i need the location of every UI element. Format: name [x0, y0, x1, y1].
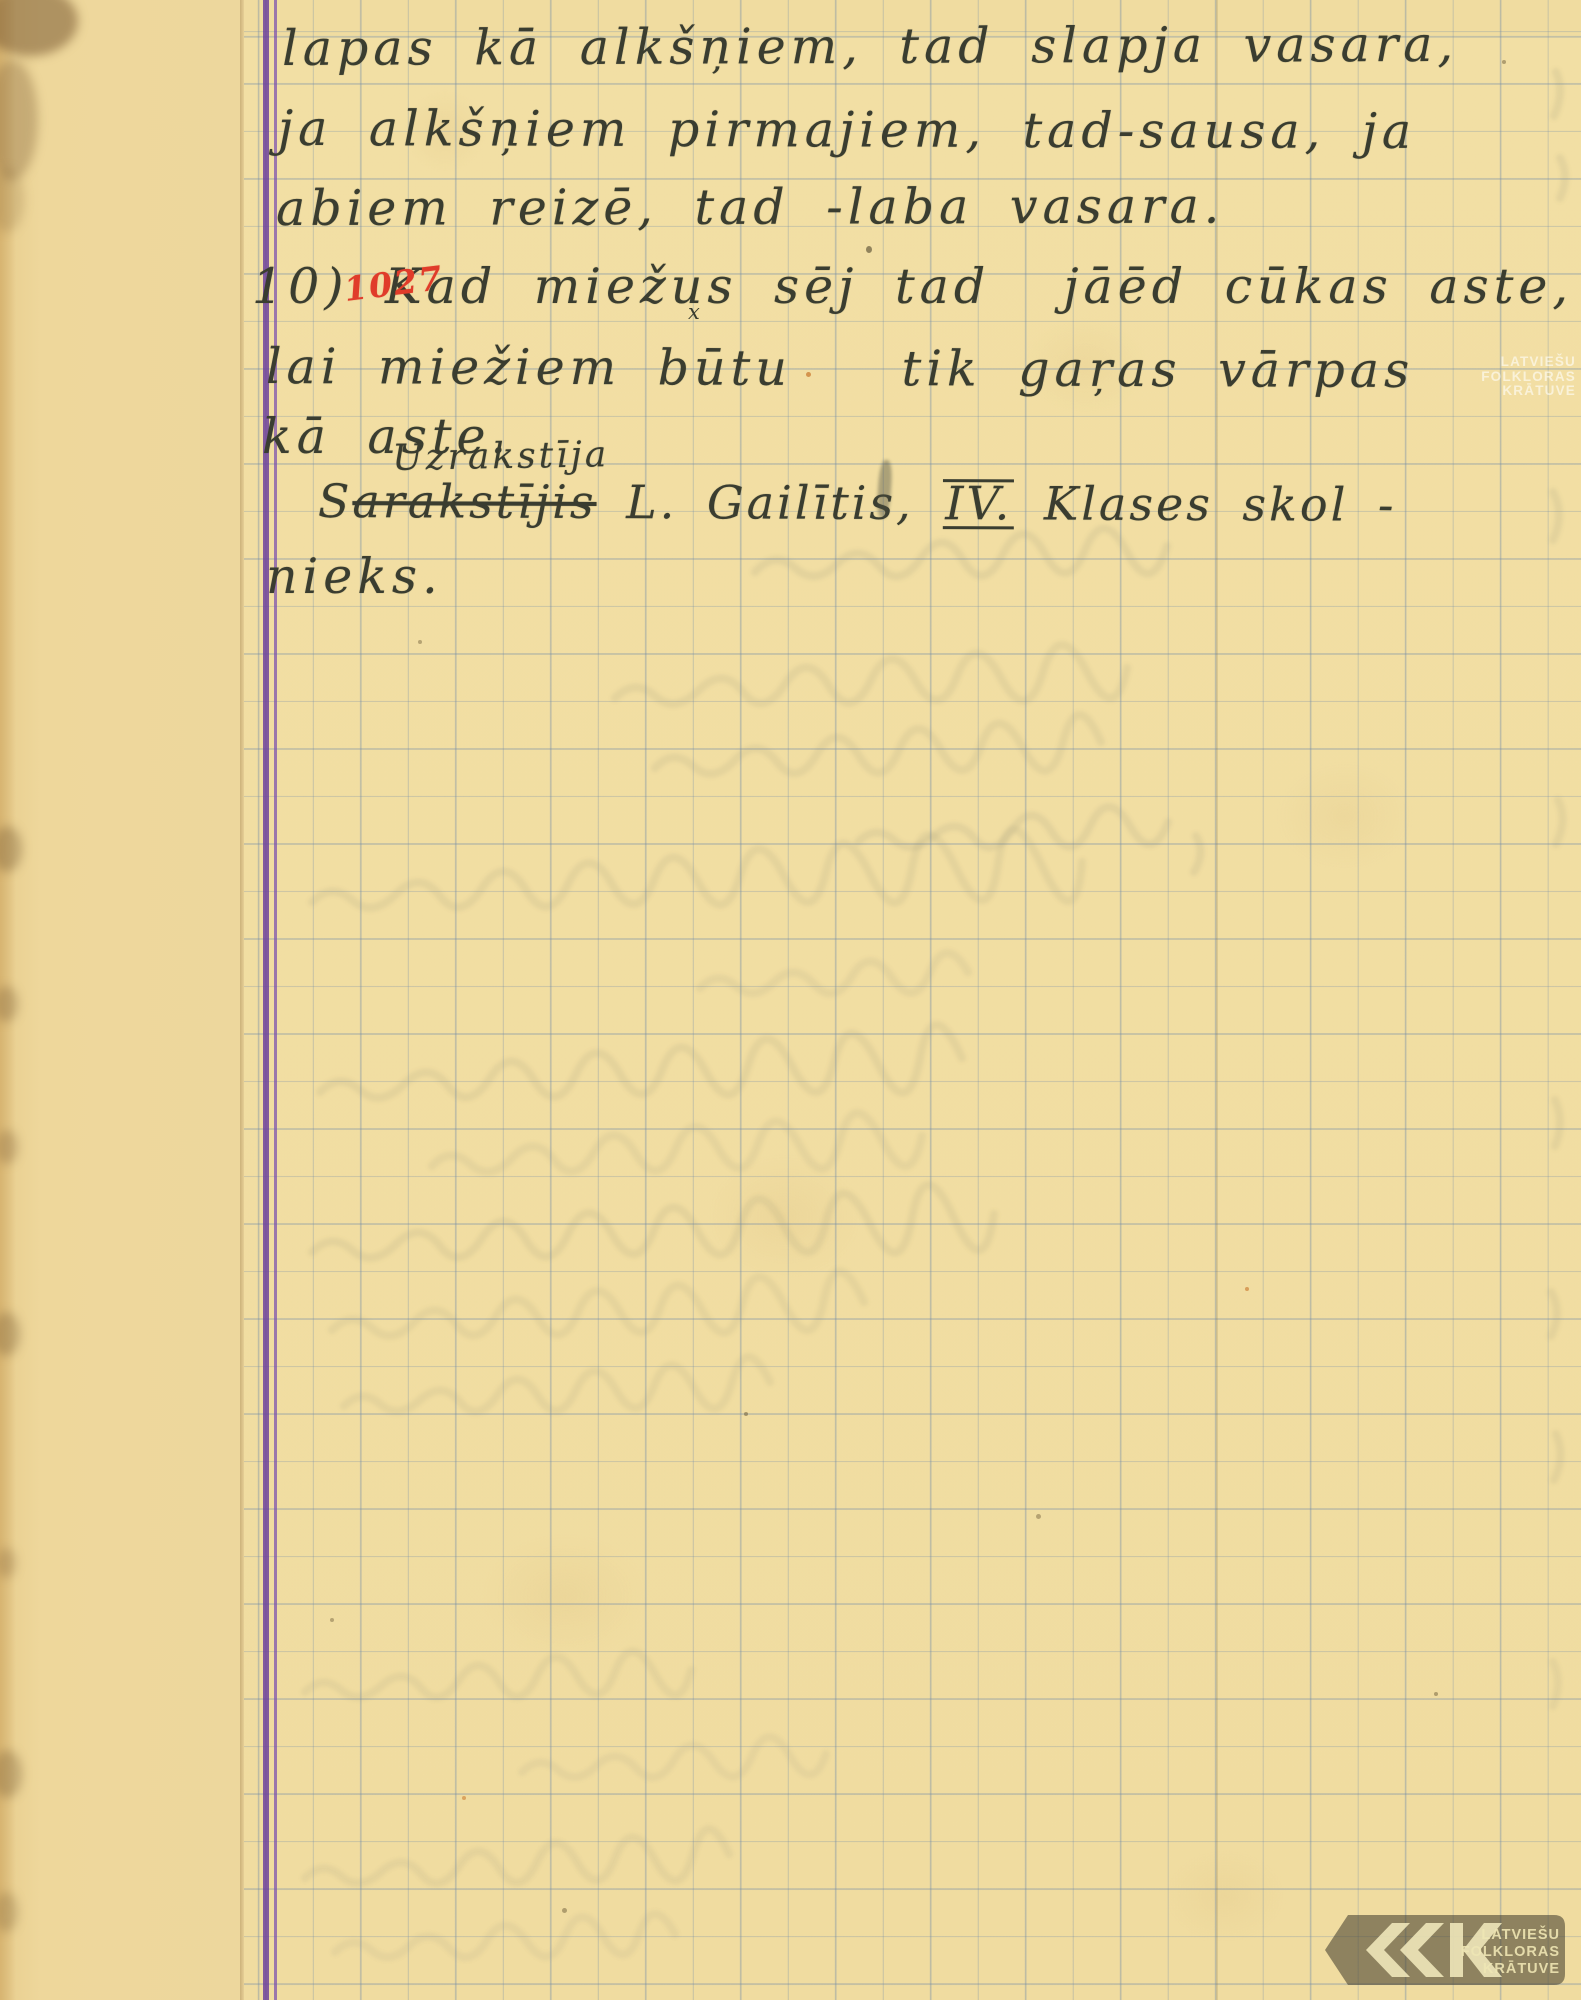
manuscript-line-1: lapas kā alkšņiem, tad slapja vasara, — [282, 16, 1458, 77]
manuscript-page: lapas kā alkšņiem, tad slapja vasara, ja… — [0, 0, 1581, 2000]
signature-prefix: S — [318, 474, 353, 528]
paper-stain — [0, 1750, 22, 1798]
manuscript-line-5: lai miežiem būtu tik gaŗas vārpas — [266, 338, 1415, 399]
paper-speck — [562, 1908, 567, 1913]
logo-text-line: FOLKLORAS — [1461, 1944, 1560, 1960]
watermark-line: KRĀTUVE — [1481, 384, 1576, 399]
paper-stain — [0, 0, 78, 56]
manuscript-line-3: abiem reizē, tad -laba vasara. — [276, 178, 1224, 237]
logo-text-line: KRĀTUVE — [1483, 1960, 1560, 1977]
paper-speck — [418, 640, 422, 644]
left-paper-strip — [0, 0, 244, 2000]
manuscript-line-4: 10) Kad miežus sēj tad jāēd cūkas aste, — [252, 258, 1573, 315]
signature-line: Sarakstījis L. Gailītis, IV. Klases skol… — [318, 474, 1397, 532]
logo-text-line: LATVIEŠU — [1481, 1925, 1560, 1943]
watermark-line: FOLKLORAS — [1481, 370, 1576, 385]
paper-stain — [0, 60, 38, 180]
lfk-watermark-top: LATVIEŠU FOLKLORAS KRĀTUVE — [1481, 355, 1576, 399]
paper-speck — [1036, 1514, 1041, 1519]
paper-speck — [330, 1618, 334, 1622]
correction-insertion: Uzrakstīja — [392, 434, 610, 479]
signature-suffix: Klases skol - — [1014, 476, 1396, 531]
lfk-logo: LATVIEŠU FOLKLORAS KRĀTUVE — [1314, 1908, 1574, 1992]
paper-speck — [866, 246, 872, 253]
paper-stain — [0, 1312, 20, 1356]
paper-speck — [806, 372, 811, 377]
paper-speck — [1502, 60, 1506, 64]
paper-speck — [1245, 1287, 1249, 1291]
roman-numeral: IV. — [943, 479, 1014, 529]
paper-stain — [0, 826, 22, 872]
paper-speck — [1434, 1692, 1438, 1696]
struck-word: arakstījis — [352, 474, 596, 529]
watermark-line: LATVIEŠU — [1481, 355, 1576, 370]
manuscript-line-2: ja alkšņiem pirmajiem, tad-sausa, ja — [278, 100, 1416, 160]
paper-speck — [462, 1796, 466, 1800]
manuscript-line-7: nieks. — [266, 548, 443, 605]
paper-stain — [0, 168, 24, 232]
paper-speck — [744, 1412, 748, 1416]
